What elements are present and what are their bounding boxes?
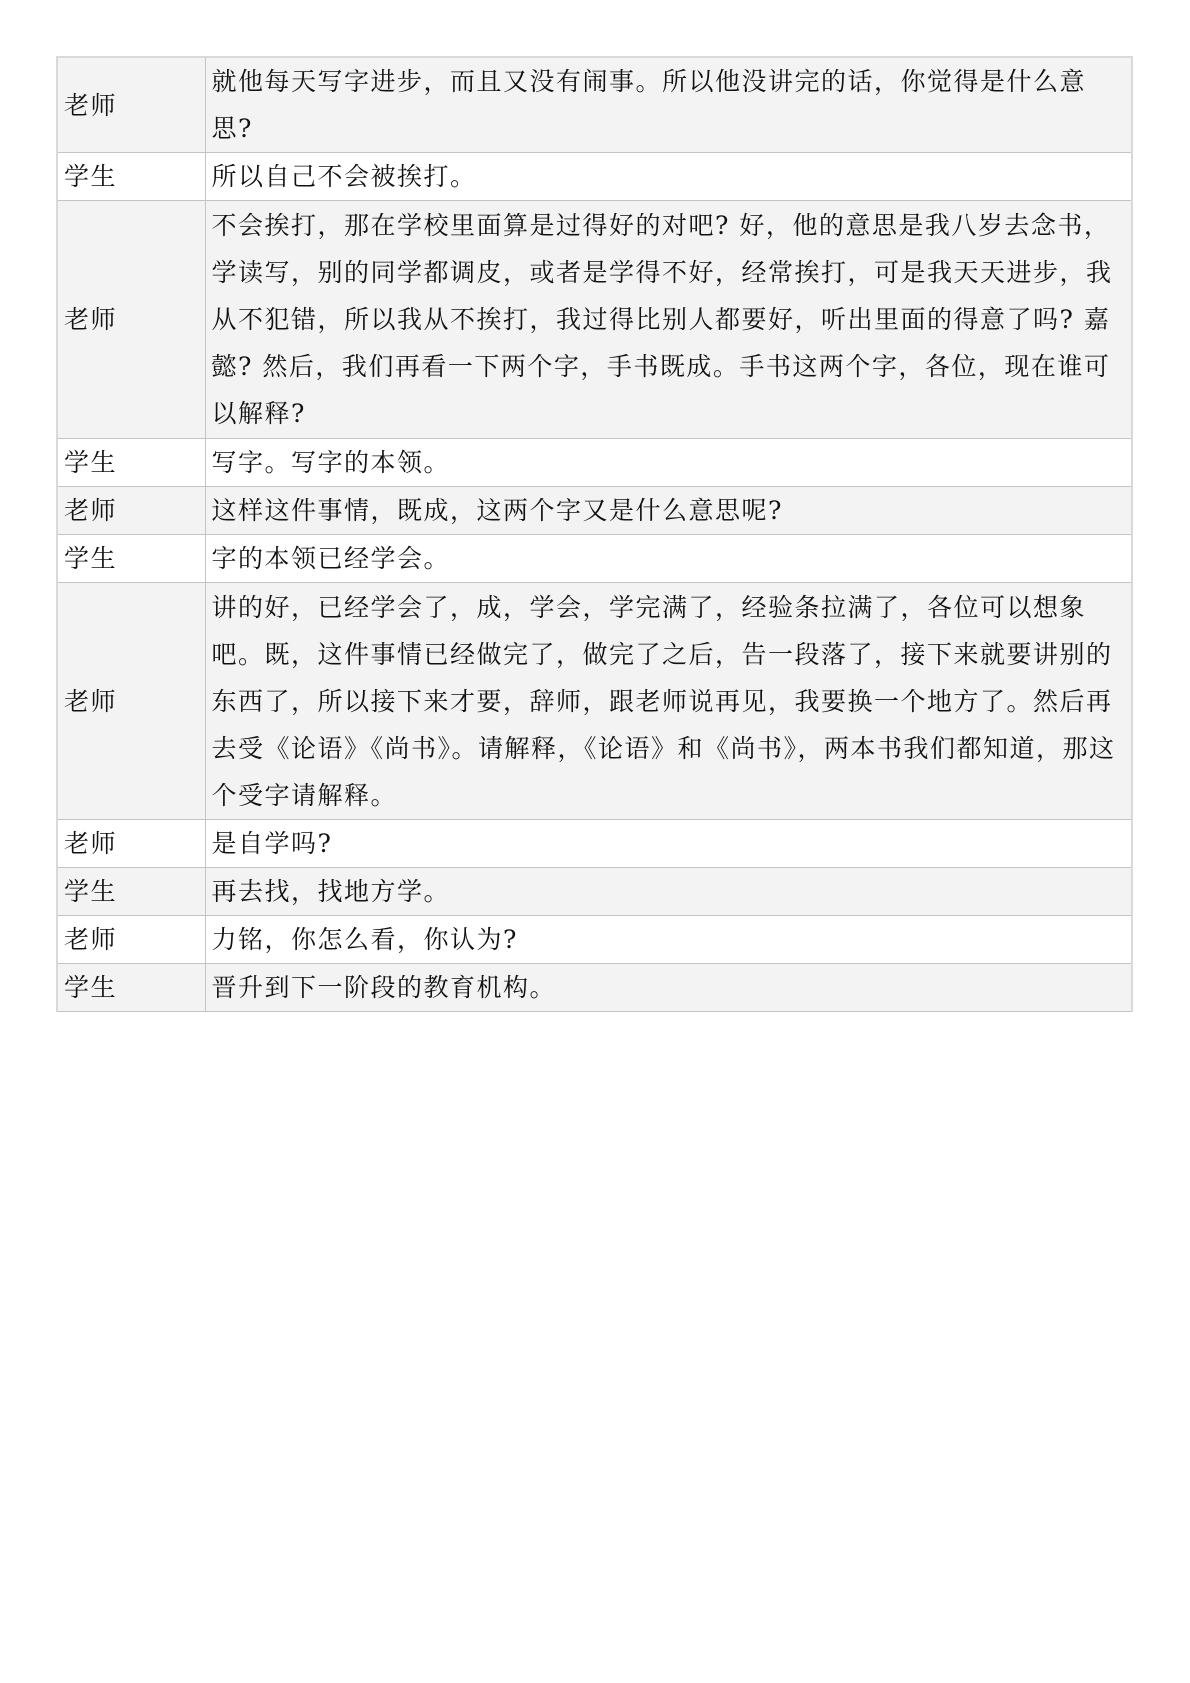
- speaker-cell: 老师: [57, 820, 205, 868]
- utterance-cell: 再去找，找地方学。: [205, 868, 1132, 916]
- speaker-cell: 老师: [57, 57, 205, 153]
- table-row: 老师 是自学吗?: [57, 820, 1132, 868]
- utterance-cell: 字的本领已经学会。: [205, 535, 1132, 583]
- speaker-cell: 学生: [57, 439, 205, 487]
- speaker-cell: 老师: [57, 583, 205, 820]
- utterance-cell: 这样这件事情，既成，这两个字又是什么意思呢?: [205, 487, 1132, 535]
- table-row: 学生 字的本领已经学会。: [57, 535, 1132, 583]
- transcript-table: 老师 就他每天写字进步，而且又没有闹事。所以他没讲完的话，你觉得是什么意思? 学…: [56, 56, 1133, 1012]
- table-row: 老师 讲的好，已经学会了，成，学会，学完满了，经验条拉满了，各位可以想象吧。既，…: [57, 583, 1132, 820]
- table-row: 老师 不会挨打，那在学校里面算是过得好的对吧? 好，他的意思是我八岁去念书，学读…: [57, 201, 1132, 439]
- table-row: 学生 晋升到下一阶段的教育机构。: [57, 964, 1132, 1012]
- speaker-cell: 老师: [57, 201, 205, 439]
- table-row: 学生 所以自己不会被挨打。: [57, 153, 1132, 201]
- speaker-cell: 老师: [57, 487, 205, 535]
- utterance-cell: 力铭，你怎么看，你认为?: [205, 916, 1132, 964]
- speaker-cell: 学生: [57, 535, 205, 583]
- utterance-cell: 是自学吗?: [205, 820, 1132, 868]
- utterance-cell: 不会挨打，那在学校里面算是过得好的对吧? 好，他的意思是我八岁去念书，学读写，别…: [205, 201, 1132, 439]
- utterance-cell: 晋升到下一阶段的教育机构。: [205, 964, 1132, 1012]
- speaker-cell: 学生: [57, 153, 205, 201]
- speaker-cell: 学生: [57, 964, 205, 1012]
- utterance-cell: 就他每天写字进步，而且又没有闹事。所以他没讲完的话，你觉得是什么意思?: [205, 57, 1132, 153]
- speaker-cell: 学生: [57, 868, 205, 916]
- table-row: 学生 写字。写字的本领。: [57, 439, 1132, 487]
- utterance-cell: 讲的好，已经学会了，成，学会，学完满了，经验条拉满了，各位可以想象吧。既，这件事…: [205, 583, 1132, 820]
- table-row: 老师 这样这件事情，既成，这两个字又是什么意思呢?: [57, 487, 1132, 535]
- utterance-cell: 写字。写字的本领。: [205, 439, 1132, 487]
- table-row: 学生 再去找，找地方学。: [57, 868, 1132, 916]
- table-row: 老师 就他每天写字进步，而且又没有闹事。所以他没讲完的话，你觉得是什么意思?: [57, 57, 1132, 153]
- table-row: 老师 力铭，你怎么看，你认为?: [57, 916, 1132, 964]
- speaker-cell: 老师: [57, 916, 205, 964]
- utterance-cell: 所以自己不会被挨打。: [205, 153, 1132, 201]
